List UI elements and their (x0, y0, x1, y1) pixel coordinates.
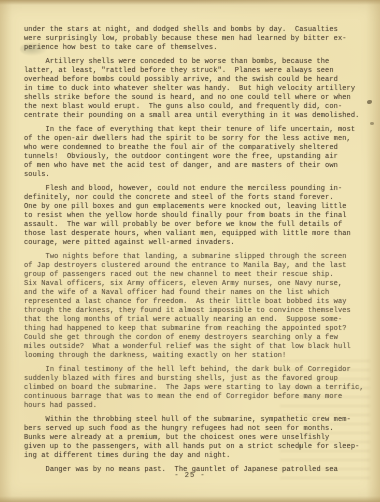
paragraph-6: In final testimony of the hell left behi… (24, 366, 366, 411)
paragraph-1: under the stars at night, and dodged she… (24, 26, 366, 53)
paragraph-7: Within the throbbing steel hull of the s… (24, 416, 366, 461)
page-number: - 25 - (0, 472, 380, 480)
paragraph-4: Flesh and blood, however, could not endu… (24, 185, 366, 248)
paragraph-3: In the face of everything that kept thei… (24, 126, 366, 180)
paragraph-2: Artillery shells were conceded to be wor… (24, 58, 366, 121)
paper-speck (367, 100, 372, 104)
paper-speck (370, 122, 374, 125)
scanned-document-page: under the stars at night, and dodged she… (0, 0, 380, 502)
paragraph-5: Two nights before that landing, a submar… (24, 253, 366, 361)
page-body: under the stars at night, and dodged she… (24, 26, 366, 480)
